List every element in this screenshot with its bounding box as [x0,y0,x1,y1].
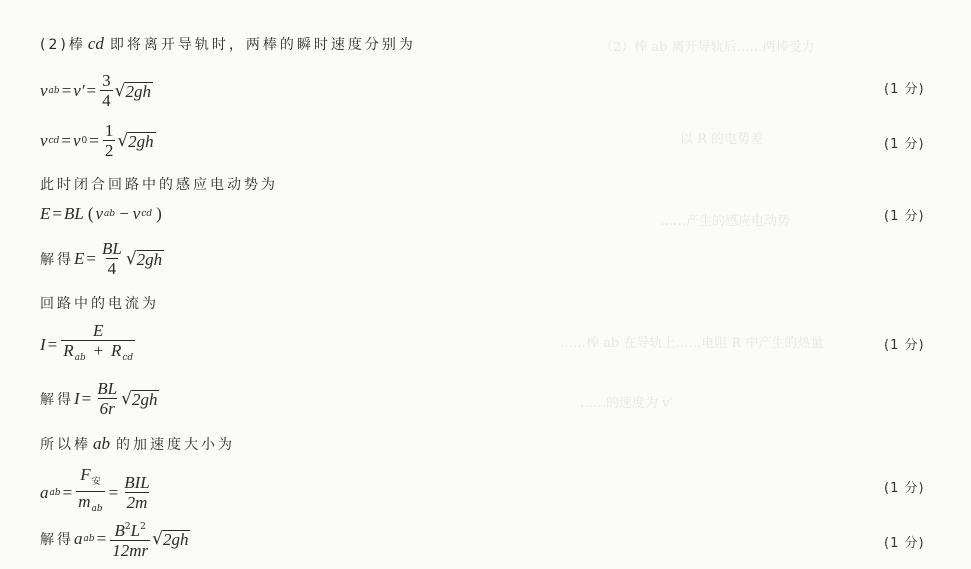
score-label: (1 分) [884,477,925,496]
sqrt-icon: √ [117,132,128,150]
sqrt: √ 2gh [152,530,190,548]
bleed-through-text: （2）棒 ab 离开导轨后……两棒受力 [600,36,815,55]
sqrt: √ 2gh [121,390,159,408]
sqrt: √ 2gh [117,132,155,150]
sqrt-icon: √ [115,82,126,100]
sqrt-icon: √ [126,250,137,268]
sqrt-icon: √ [152,530,163,548]
header-suffix: 即将离开导轨时，两棒的瞬时速度分别为 [110,34,416,54]
score-label: (1 分) [884,532,925,551]
part-header: (2)棒 cd 即将离开导轨时，两棒的瞬时速度分别为 [40,34,416,54]
fraction: E Rab + Rcd [61,322,135,368]
sqrt-icon: √ [121,390,132,408]
bleed-through-text: 以 R 的电势差 [680,128,763,147]
score-label: (1 分) [884,78,925,97]
header-var: cd [88,34,104,54]
fraction: 1 2 [103,122,116,160]
sqrt: √ 2gh [126,250,164,268]
header-prefix: (2)棒 [40,34,86,54]
accel-intro: 所以棒 ab 的加速度大小为 [40,434,235,454]
current-intro: 回路中的电流为 [40,293,159,313]
equation-v-cd: vcd = v0 = 1 2 √ 2gh [40,122,156,160]
score-label: (1 分) [884,133,925,152]
score-label: (1 分) [884,205,925,224]
sqrt: √ 2gh [115,82,153,100]
equation-v-ab: vab = v′ = 3 4 √ 2gh [40,72,153,110]
bleed-through-text: ……棒 ab 在导轨上……电阻 R 中产生的热量 [560,332,823,351]
equation-emf: E = BL ( vab − vcd ) [40,204,162,224]
equation-current-solved: 解得 I = BL 6r √ 2gh [40,380,159,418]
fraction: F安 mab [76,466,104,519]
bleed-through-text: ……的速度为 v′ [580,392,672,411]
equation-emf-solved: 解得 E = BL 4 √ 2gh [40,240,164,278]
equation-accel: aab = F安 mab = BIL 2m [40,466,154,519]
emf-intro: 此时闭合回路中的感应电动势为 [40,174,278,194]
equation-accel-solved: 解得 aab = B2L2 12mr √ 2gh [40,518,190,560]
fraction: BL 4 [100,240,124,278]
fraction: BL 6r [95,380,119,418]
fraction: 3 4 [100,72,113,110]
score-label: (1 分) [884,334,925,353]
fraction: BIL 2m [122,474,152,512]
fraction: B2L2 12mr [110,518,150,560]
bleed-through-text: ……产生的感应电动势 [660,210,790,229]
equation-current: I = E Rab + Rcd [40,322,137,368]
